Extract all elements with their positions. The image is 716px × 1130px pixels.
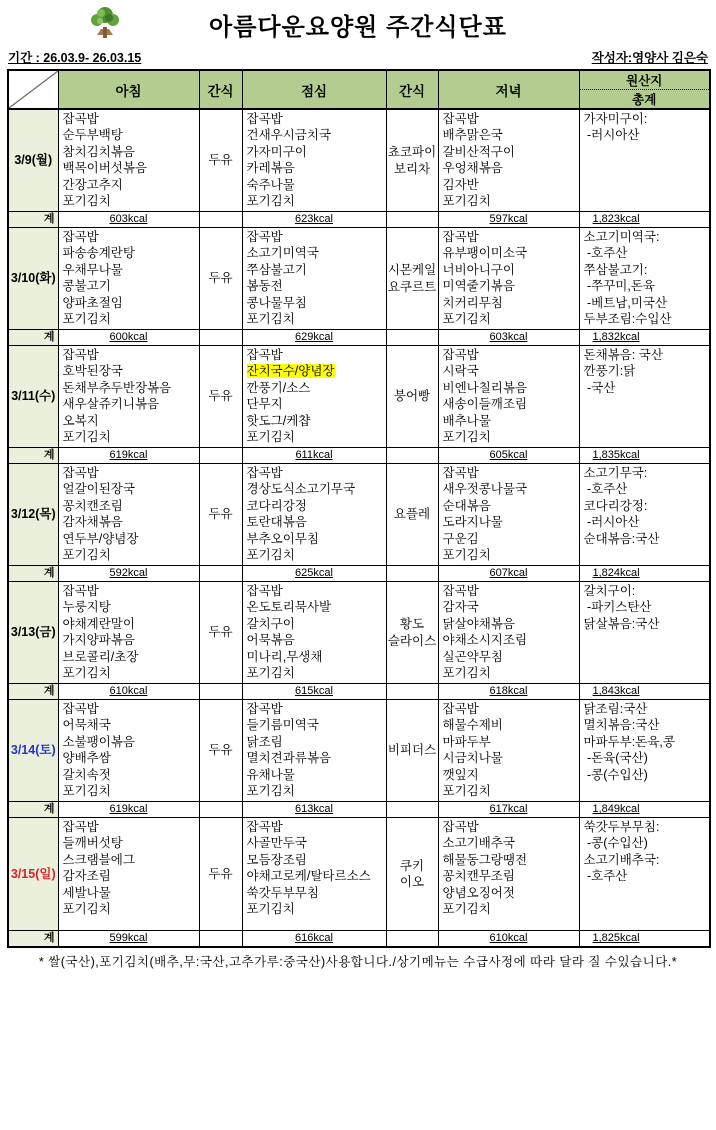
- menu-item-text: 포기김치: [63, 666, 111, 680]
- menu-item-text: 포기김치: [247, 666, 295, 680]
- meal-plan-table: 아침 간식 점심 간식 저녁 원산지 총계 3/9(월)잡곡밥순두부백탕참치김치…: [7, 69, 711, 948]
- menu-item-text: 소고기배추국: [443, 836, 515, 850]
- menu-item-text: 잡곡밥: [63, 230, 99, 244]
- menu-item-text: 야채고로케/탈타르소스: [247, 869, 371, 883]
- menu-item-text: -쭈꾸미,돈육: [584, 279, 655, 293]
- menu-item: 어묵채국: [63, 717, 196, 733]
- total-row: 계603kcal623kcal597kcal1,823kcal: [8, 212, 710, 228]
- lunch-cell: 잡곡밥온도토리묵사발갈치구이어묵볶음미나리,무생채포기김치: [242, 582, 386, 684]
- column-header-lunch: 점심: [242, 70, 386, 109]
- menu-item-text: 두유: [208, 271, 232, 285]
- menu-item: 두유: [200, 270, 242, 286]
- menu-item-text: 잡곡밥: [247, 230, 283, 244]
- menu-item: 경상도식소고기무국: [247, 481, 383, 497]
- menu-item: 쑥갓두부무침: [247, 885, 383, 901]
- header-row: 아침 간식 점심 간식 저녁 원산지 총계: [8, 70, 710, 109]
- menu-item: 꽁치캔조림: [63, 498, 196, 514]
- menu-item: 포기김치: [63, 193, 196, 209]
- menu-item-text: 봄동전: [247, 279, 283, 293]
- menu-item: 야채고로케/탈타르소스: [247, 868, 383, 884]
- menu-item: 순대볶음:국산: [584, 531, 707, 547]
- menu-item: 잡곡밥: [247, 819, 383, 835]
- lunch-cell: 잡곡밥사골만두국모듬장조림야채고로케/탈타르소스쑥갓두부무침포기김치: [242, 818, 386, 931]
- menu-item: 포기김치: [63, 901, 196, 917]
- menu-item: 순두부백탕: [63, 127, 196, 143]
- menu-item: 양파초절임: [63, 295, 196, 311]
- menu-item-text: 닭조림: [247, 735, 283, 749]
- dinner-cell: 잡곡밥배추맑은국갈비산적구이우엉채볶음김자반포기김치: [438, 109, 579, 212]
- menu-item-text: 토란대볶음: [247, 515, 307, 529]
- menu-item-text: 꽁치캔조림: [63, 499, 123, 513]
- date-cell: 3/11(수): [8, 346, 58, 448]
- menu-item-text: 쭈삼불고기: [247, 263, 307, 277]
- menu-item: 갈비산적구이: [443, 144, 576, 160]
- menu-item-text: 너비아니구이: [443, 263, 515, 277]
- menu-item-text: 잡곡밥: [443, 112, 479, 126]
- menu-item-text: 얼갈이된장국: [63, 482, 135, 496]
- menu-item: 포기김치: [247, 901, 383, 917]
- column-header-dinner: 저녁: [438, 70, 579, 109]
- meta-row: 기간 : 26.03.9- 26.03.15 작성자:영양사 김은숙: [8, 48, 708, 66]
- total-row: 계619kcal613kcal617kcal1,849kcal: [8, 802, 710, 818]
- menu-item: 쑥갓두부무침:: [584, 819, 707, 835]
- menu-item-text: 실곤약무침: [443, 650, 503, 664]
- menu-item: 사골만두국: [247, 835, 383, 851]
- menu-item-text: 호박된장국: [63, 364, 123, 378]
- menu-item: 쭈삼불고기:: [584, 262, 707, 278]
- menu-item-text: 새우젓콩나물국: [443, 482, 528, 496]
- menu-item: 포기김치: [247, 783, 383, 799]
- menu-item: 닭살야채볶음: [443, 616, 576, 632]
- menu-item-text: 마파두부: [443, 735, 491, 749]
- origin-cell: 갈치구이: -파키스탄산닭살볶음:국산: [579, 582, 710, 684]
- menu-item: 콩나물무침: [247, 295, 383, 311]
- column-header-breakfast: 아침: [58, 70, 199, 109]
- menu-item: 실곤약무침: [443, 649, 576, 665]
- menu-item-text: 브로콜리/초장: [63, 650, 139, 664]
- menu-item-text: 비피더스: [388, 743, 436, 757]
- date-cell: 3/9(월): [8, 109, 58, 212]
- menu-item: 포기김치: [63, 429, 196, 445]
- menu-item-text: -콩(수입산): [584, 836, 648, 850]
- menu-item: 깐풍기:닭: [584, 363, 707, 379]
- menu-item: 들기름미역국: [247, 717, 383, 733]
- total-kcal-value: 1,823kcal: [579, 212, 710, 228]
- snack-cell: 황도슬라이스: [386, 582, 438, 684]
- menu-item-text: 소불팽이볶음: [63, 735, 135, 749]
- menu-item-text: 세발나물: [63, 886, 111, 900]
- menu-item-text: 새우살쥬키니볶음: [63, 397, 160, 411]
- menu-item: 시금치나물: [443, 750, 576, 766]
- menu-item: 소고기배추국: [443, 835, 576, 851]
- menu-item-text: 우엉채볶음: [443, 161, 503, 175]
- menu-item-text: 잡곡밥: [63, 466, 99, 480]
- menu-item: -베트남,미국산: [584, 295, 707, 311]
- menu-item: 깻잎지: [443, 767, 576, 783]
- menu-item-text: 온도토리묵사발: [247, 600, 332, 614]
- menu-item-text: 양배추쌈: [63, 751, 111, 765]
- menu-item: 코다리강정: [247, 498, 383, 514]
- menu-item-text: 두유: [208, 867, 232, 881]
- breakfast-kcal-value: 610kcal: [58, 684, 199, 700]
- menu-item: 이오: [387, 874, 438, 890]
- menu-item-text: 콩나물무침: [247, 296, 307, 310]
- menu-item: 잔치국수/양념장: [247, 363, 383, 379]
- day-row: 3/10(화)잡곡밥파송송계란탕우채무나물콩불고기양파초절임포기김치두유잡곡밥소…: [8, 228, 710, 330]
- menu-item-text: 잡곡밥: [443, 820, 479, 834]
- menu-item-text: 잡곡밥: [247, 348, 283, 362]
- dinner-cell: 잡곡밥감자국닭살야채볶음야채소시지조림실곤약무침포기김치: [438, 582, 579, 684]
- menu-item-text: 슬라이스: [388, 634, 436, 648]
- snack-cell: 두유: [199, 818, 242, 931]
- snack-cell: 두유: [199, 346, 242, 448]
- menu-item-text: 도라지나물: [443, 515, 503, 529]
- menu-item: -호주산: [584, 868, 707, 884]
- menu-item: -콩(수입산): [584, 767, 707, 783]
- snack-cell: 쵸코파이보리차: [386, 109, 438, 212]
- menu-item-text: 붕어빵: [394, 389, 430, 403]
- menu-item-text: 숙주나물: [247, 178, 295, 192]
- empty-cell: [199, 931, 242, 948]
- menu-item: 백목이버섯볶음: [63, 160, 196, 176]
- menu-item-text: 잡곡밥: [247, 820, 283, 834]
- menu-item-text: 양파초절임: [63, 296, 123, 310]
- menu-item-text: -베트남,미국산: [584, 296, 668, 310]
- snack-cell: 시몬케일요쿠르트: [386, 228, 438, 330]
- menu-item: 꽁치캔무조림: [443, 868, 576, 884]
- menu-item-text: 새송이들깨조림: [443, 397, 528, 411]
- empty-cell: [386, 448, 438, 464]
- menu-item: 오복지: [63, 413, 196, 429]
- menu-item-text: 포기김치: [443, 666, 491, 680]
- menu-item-text: -호주산: [584, 869, 628, 883]
- menu-item-text: 배추나물: [443, 414, 491, 428]
- menu-item-text: 이오: [400, 875, 424, 889]
- menu-item: 소고기미역국: [247, 245, 383, 261]
- menu-item: 갈치속젓: [63, 767, 196, 783]
- lunch-kcal-value: 625kcal: [242, 566, 386, 582]
- empty-cell: [199, 566, 242, 582]
- menu-item-text: 유부팽이미소국: [443, 246, 528, 260]
- menu-item-text: 잡곡밥: [63, 348, 99, 362]
- menu-item-text: 김자반: [443, 178, 479, 192]
- menu-item: 마파두부:돈육,콩: [584, 734, 707, 750]
- menu-item: 순대볶음: [443, 498, 576, 514]
- menu-item-text: 미나리,무생채: [247, 650, 323, 664]
- menu-item: 쿠키: [387, 858, 438, 874]
- menu-item-text: 요쿠르트: [388, 280, 436, 294]
- menu-item: 간장고추지: [63, 177, 196, 193]
- menu-item: 포기김치: [63, 311, 196, 327]
- menu-item-text: 잡곡밥: [443, 702, 479, 716]
- menu-item-text: 잡곡밥: [63, 702, 99, 716]
- menu-item-text: 보리차: [394, 162, 430, 176]
- menu-item-text: 두유: [208, 389, 232, 403]
- menu-item: 김자반: [443, 177, 576, 193]
- menu-item: 참치김치볶음: [63, 144, 196, 160]
- menu-item-text: 해물동그랑땡전: [443, 853, 528, 867]
- menu-item: 포기김치: [443, 665, 576, 681]
- lunch-cell: 잡곡밥소고기미역국쭈삼불고기봄동전콩나물무침포기김치: [242, 228, 386, 330]
- menu-item-text: 치커리무침: [443, 296, 503, 310]
- menu-item: 잡곡밥: [247, 583, 383, 599]
- menu-item-text: 백목이버섯볶음: [63, 161, 148, 175]
- menu-item-text: 순대볶음: [443, 499, 491, 513]
- menu-item: 잡곡밥: [443, 229, 576, 245]
- menu-item-text: 갈치구이:: [584, 584, 636, 598]
- menu-item: 슬라이스: [387, 633, 438, 649]
- menu-item: 들깨버섯탕: [63, 835, 196, 851]
- menu-item: 소고기무국:: [584, 465, 707, 481]
- empty-cell: [199, 684, 242, 700]
- menu-item: 배추맑은국: [443, 127, 576, 143]
- total-row: 계600kcal629kcal603kcal1,832kcal: [8, 330, 710, 346]
- menu-item-text: 두부조림:수입산: [584, 312, 672, 326]
- menu-item-text: 시몬케일: [388, 263, 436, 277]
- menu-item-text: 해물수제비: [443, 718, 503, 732]
- origin-cell: 닭조림:국산멸치볶음:국산마파두부:돈육,콩 -돈육(국산) -콩(수입산): [579, 700, 710, 802]
- menu-item-text: 돈채볶음: 국산: [584, 348, 663, 362]
- menu-item: 잡곡밥: [247, 465, 383, 481]
- menu-item: 야채소시지조림: [443, 632, 576, 648]
- menu-item: -쭈꾸미,돈육: [584, 278, 707, 294]
- menu-item: 두유: [200, 624, 242, 640]
- breakfast-kcal-value: 599kcal: [58, 931, 199, 948]
- menu-item-text: 스크램블에그: [63, 853, 135, 867]
- date-cell: 3/13(금): [8, 582, 58, 684]
- menu-item: -호주산: [584, 245, 707, 261]
- menu-item: 잡곡밥: [63, 229, 196, 245]
- menu-item: 호박된장국: [63, 363, 196, 379]
- menu-item-text: 참치김치볶음: [63, 145, 135, 159]
- empty-cell: [386, 566, 438, 582]
- menu-item: 마파두부: [443, 734, 576, 750]
- empty-cell: [386, 684, 438, 700]
- snack-cell: 두유: [199, 700, 242, 802]
- menu-item: 잡곡밥: [63, 347, 196, 363]
- menu-item-text: 잡곡밥: [443, 348, 479, 362]
- menu-item-text: 쵸코파이: [388, 145, 436, 159]
- menu-item-text: 가자미구이: [247, 145, 307, 159]
- menu-item-text: 꽁치캔무조림: [443, 869, 515, 883]
- dinner-kcal-value: 603kcal: [438, 330, 579, 346]
- menu-item-text: 마파두부:돈육,콩: [584, 735, 675, 749]
- menu-item: 쭈삼불고기: [247, 262, 383, 278]
- menu-item-text: 오복지: [63, 414, 99, 428]
- menu-item: 모듬장조림: [247, 852, 383, 868]
- menu-item: 시몬케일: [387, 262, 438, 278]
- menu-item: 브로콜리/초장: [63, 649, 196, 665]
- menu-item-text: 포기김치: [63, 194, 111, 208]
- dinner-kcal-value: 605kcal: [438, 448, 579, 464]
- menu-item-text: -러시아산: [584, 515, 640, 529]
- menu-item: 코다리강정:: [584, 498, 707, 514]
- menu-item-text: 시금치나물: [443, 751, 503, 765]
- snack-cell: 쿠키이오: [386, 818, 438, 931]
- total-row: 계610kcal615kcal618kcal1,843kcal: [8, 684, 710, 700]
- empty-cell: [199, 802, 242, 818]
- dinner-kcal-value: 618kcal: [438, 684, 579, 700]
- menu-item: 포기김치: [247, 193, 383, 209]
- date-cell: 3/15(일): [8, 818, 58, 931]
- menu-item-text: 잡곡밥: [443, 584, 479, 598]
- menu-item: -돈육(국산): [584, 750, 707, 766]
- menu-item: 요쿠르트: [387, 279, 438, 295]
- menu-item-text: 잡곡밥: [247, 112, 283, 126]
- menu-item: 감자조림: [63, 868, 196, 884]
- menu-item: 유부팽이미소국: [443, 245, 576, 261]
- breakfast-cell: 잡곡밥들깨버섯탕스크램블에그감자조림세발나물포기김치: [58, 818, 199, 931]
- menu-item-text: 야채계란말이: [63, 617, 135, 631]
- menu-item: 황도: [387, 616, 438, 632]
- menu-item-text: 들기름미역국: [247, 718, 319, 732]
- menu-item-text: 포기김치: [443, 548, 491, 562]
- menu-item-text: 우채무나물: [63, 263, 123, 277]
- total-row: 계599kcal616kcal610kcal1,825kcal: [8, 931, 710, 948]
- menu-item: 포기김치: [63, 665, 196, 681]
- breakfast-cell: 잡곡밥순두부백탕참치김치볶음백목이버섯볶음간장고추지포기김치: [58, 109, 199, 212]
- menu-item: 깐풍기/소스: [247, 380, 383, 396]
- menu-item: 우엉채볶음: [443, 160, 576, 176]
- menu-item-text: 잡곡밥: [443, 230, 479, 244]
- menu-item: 돈채부추두반장볶음: [63, 380, 196, 396]
- empty-cell: [386, 330, 438, 346]
- menu-item: 포기김치: [63, 547, 196, 563]
- day-row: 3/15(일)잡곡밥들깨버섯탕스크램블에그감자조림세발나물포기김치두유잡곡밥사골…: [8, 818, 710, 931]
- menu-item: 잡곡밥: [63, 465, 196, 481]
- menu-item: 닭조림:국산: [584, 701, 707, 717]
- menu-item-text: 배추맑은국: [443, 128, 503, 142]
- tree-logo-icon: [88, 5, 122, 41]
- menu-item: 너비아니구이: [443, 262, 576, 278]
- menu-item: 잡곡밥: [443, 111, 576, 127]
- menu-item: 온도토리묵사발: [247, 599, 383, 615]
- menu-item: 소불팽이볶음: [63, 734, 196, 750]
- menu-item-text: 모듬장조림: [247, 853, 307, 867]
- menu-item-text: 연두부/양념장: [63, 532, 139, 546]
- origin-cell: 돈채볶음: 국산깐풍기:닭 -국산: [579, 346, 710, 448]
- menu-item-text: 소고기배추국:: [584, 853, 660, 867]
- menu-item: 붕어빵: [387, 388, 438, 404]
- menu-item: 잡곡밥: [443, 701, 576, 717]
- menu-item: 치커리무침: [443, 295, 576, 311]
- menu-item-text: 닭살볶음:국산: [584, 617, 660, 631]
- menu-item: 멸치볶음:국산: [584, 717, 707, 733]
- menu-item-text: 멸치견과류볶음: [247, 751, 332, 765]
- total-row: 계592kcal625kcal607kcal1,824kcal: [8, 566, 710, 582]
- menu-item: 도라지나물: [443, 514, 576, 530]
- origin-cell: 쑥갓두부무침: -콩(수입산)소고기배추국: -호주산: [579, 818, 710, 931]
- menu-item-text: 갈치속젓: [63, 768, 111, 782]
- total-label: 계: [8, 212, 58, 228]
- menu-item: 숙주나물: [247, 177, 383, 193]
- menu-item: 포기김치: [247, 429, 383, 445]
- menu-item: 포기김치: [443, 783, 576, 799]
- menu-item: -콩(수입산): [584, 835, 707, 851]
- menu-item: 쵸코파이: [387, 144, 438, 160]
- menu-item: 돈채볶음: 국산: [584, 347, 707, 363]
- menu-item: 포기김치: [443, 311, 576, 327]
- snack-cell: 두유: [199, 582, 242, 684]
- menu-item-text: 두유: [208, 743, 232, 757]
- menu-item-text: -국산: [584, 381, 616, 395]
- menu-item: 잡곡밥: [63, 111, 196, 127]
- menu-item-text: 핫도그/케챱: [247, 414, 311, 428]
- column-header-snack2: 간식: [386, 70, 438, 109]
- day-row: 3/9(월)잡곡밥순두부백탕참치김치볶음백목이버섯볶음간장고추지포기김치두유잡곡…: [8, 109, 710, 212]
- dinner-kcal-value: 597kcal: [438, 212, 579, 228]
- menu-item: 세발나물: [63, 885, 196, 901]
- menu-item-text: 순대볶음:국산: [584, 532, 660, 546]
- menu-item: 잡곡밥: [443, 465, 576, 481]
- menu-item-text: 잡곡밥: [247, 702, 283, 716]
- total-kcal-value: 1,832kcal: [579, 330, 710, 346]
- menu-item-text: 쿠키: [400, 859, 424, 873]
- menu-item-text: 두유: [208, 153, 232, 167]
- breakfast-cell: 잡곡밥호박된장국돈채부추두반장볶음새우살쥬키니볶음오복지포기김치: [58, 346, 199, 448]
- menu-item-text: 어묵볶음: [247, 633, 295, 647]
- lunch-kcal-value: 616kcal: [242, 931, 386, 948]
- menu-item-text: -돈육(국산): [584, 751, 648, 765]
- menu-item-text: 코다리강정: [247, 499, 307, 513]
- total-header-label: 총계: [580, 89, 710, 108]
- menu-item-text: 갈치구이: [247, 617, 295, 631]
- menu-item: 배추나물: [443, 413, 576, 429]
- menu-item: 감자채볶음: [63, 514, 196, 530]
- menu-item-text: 멸치볶음:국산: [584, 718, 660, 732]
- menu-item: 포기김치: [63, 783, 196, 799]
- menu-item: 단무지: [247, 396, 383, 412]
- menu-item-text: 깻잎지: [443, 768, 479, 782]
- breakfast-kcal-value: 592kcal: [58, 566, 199, 582]
- menu-item-text: 건새우시금치국: [247, 128, 332, 142]
- dinner-cell: 잡곡밥해물수제비마파두부시금치나물깻잎지포기김치: [438, 700, 579, 802]
- menu-item-text: 경상도식소고기무국: [247, 482, 356, 496]
- snack-cell: 비피더스: [386, 700, 438, 802]
- dinner-kcal-value: 610kcal: [438, 931, 579, 948]
- menu-item-text: 갈비산적구이: [443, 145, 515, 159]
- lunch-cell: 잡곡밥건새우시금치국가자미구이카레볶음숙주나물포기김치: [242, 109, 386, 212]
- menu-item-text: 포기김치: [443, 430, 491, 444]
- menu-item-text: 들깨버섯탕: [63, 836, 123, 850]
- date-cell: 3/12(목): [8, 464, 58, 566]
- empty-cell: [199, 212, 242, 228]
- menu-item: 닭조림: [247, 734, 383, 750]
- date-cell: 3/10(화): [8, 228, 58, 330]
- day-row: 3/13(금)잡곡밥누룽지탕야채계란말이가지양파볶음브로콜리/초장포기김치두유잡…: [8, 582, 710, 684]
- menu-item-text: 감자조림: [63, 869, 111, 883]
- menu-item: 두부조림:수입산: [584, 311, 707, 327]
- lunch-kcal-value: 613kcal: [242, 802, 386, 818]
- title-bar: 아름다운요양원 주간식단표: [0, 0, 716, 42]
- menu-item: 포기김치: [443, 901, 576, 917]
- breakfast-cell: 잡곡밥누룽지탕야채계란말이가지양파볶음브로콜리/초장포기김치: [58, 582, 199, 684]
- menu-item-text: 소고기미역국:: [584, 230, 660, 244]
- menu-item-text: 요플레: [394, 507, 430, 521]
- menu-item-text: 잡곡밥: [247, 584, 283, 598]
- empty-cell: [199, 330, 242, 346]
- menu-item-text: 사골만두국: [247, 836, 307, 850]
- dinner-cell: 잡곡밥새우젓콩나물국순대볶음도라지나물구운김포기김치: [438, 464, 579, 566]
- origin-cell: 소고기무국: -호주산코다리강정: -러시아산순대볶음:국산: [579, 464, 710, 566]
- menu-item: -러시아산: [584, 514, 707, 530]
- menu-item: 포기김치: [443, 193, 576, 209]
- menu-item: 두유: [200, 866, 242, 882]
- menu-item: -러시아산: [584, 127, 707, 143]
- menu-item: 잡곡밥: [63, 701, 196, 717]
- menu-item: 요플레: [387, 506, 438, 522]
- snack-cell: 두유: [199, 228, 242, 330]
